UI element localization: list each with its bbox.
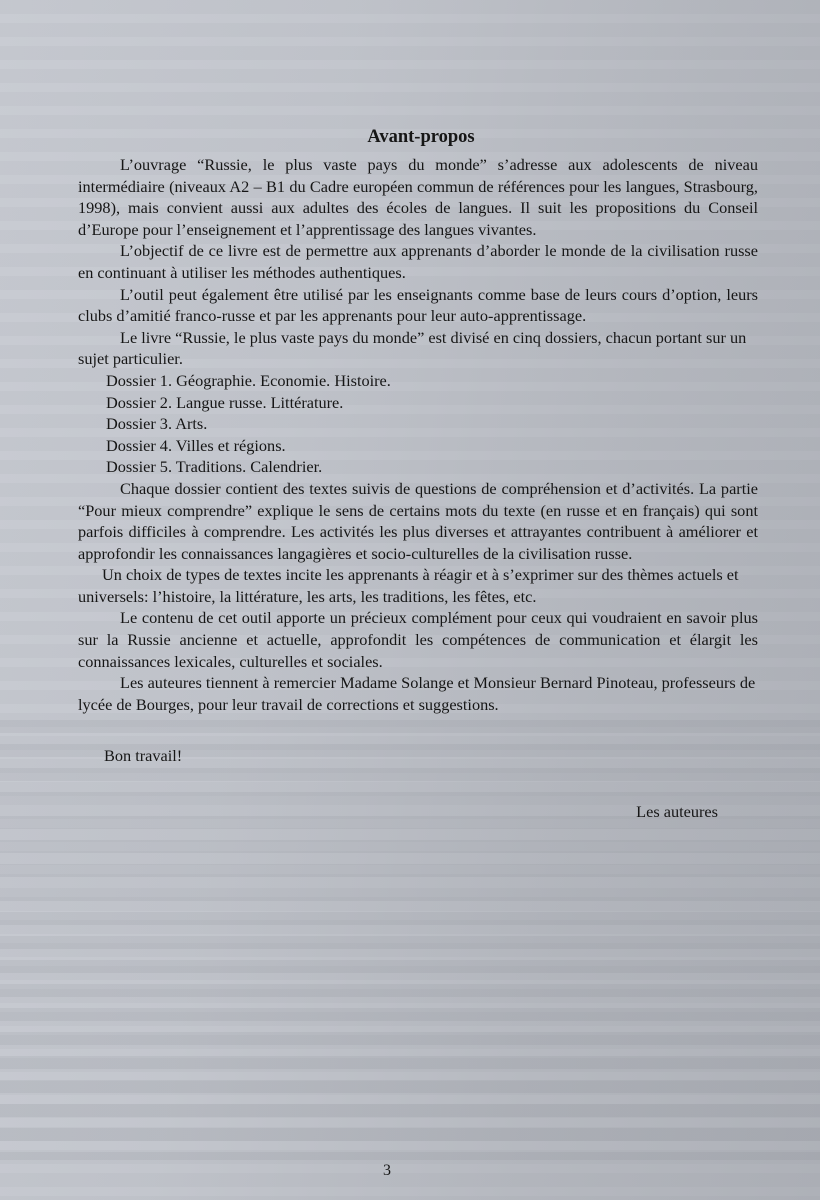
- paragraph-complement: Le contenu de cet outil apporte un préci…: [78, 607, 758, 672]
- paragraph-contents: Chaque dossier contient des textes suivi…: [78, 478, 758, 564]
- dossier-item: Dossier 3. Arts.: [106, 413, 758, 435]
- greeting: Bon travail!: [78, 745, 758, 767]
- dossier-item: Dossier 4. Villes et régions.: [106, 435, 758, 457]
- dossier-item: Dossier 1. Géographie. Economie. Histoir…: [106, 370, 758, 392]
- paragraph-intro: L’ouvrage “Russie, le plus vaste pays du…: [78, 154, 758, 240]
- paragraph-thanks: Les auteures tiennent à remercier Madame…: [78, 672, 758, 715]
- dossier-item: Dossier 5. Traditions. Calendrier.: [106, 456, 758, 478]
- signature: Les auteures: [78, 801, 758, 823]
- page-title: Avant-propos: [78, 126, 758, 148]
- paragraph-usage: L’outil peut également être utilisé par …: [78, 284, 758, 327]
- paragraph-text-types: Un choix de types de textes incite les a…: [78, 564, 758, 607]
- dossier-list: Dossier 1. Géographie. Economie. Histoir…: [78, 370, 758, 478]
- page-number: 3: [383, 1162, 391, 1180]
- dossier-item: Dossier 2. Langue russe. Littérature.: [106, 392, 758, 414]
- paragraph-objective: L’objectif de ce livre est de permettre …: [78, 240, 758, 283]
- paragraph-structure: Le livre “Russie, le plus vaste pays du …: [78, 327, 758, 370]
- page-body: Avant-propos L’ouvrage “Russie, le plus …: [78, 126, 758, 823]
